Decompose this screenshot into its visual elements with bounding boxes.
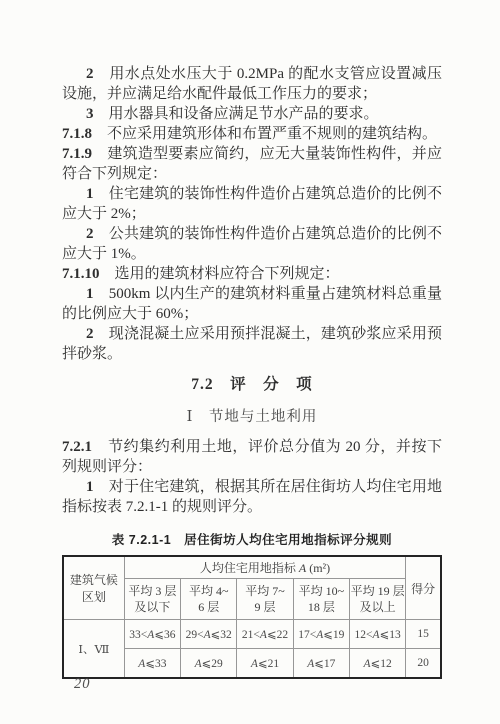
text-run: 用水点处水压大于 0.2MPa 的配水支管应设置减压设施，并应满足给水配件最低工… xyxy=(62,66,442,102)
number-label: 2 xyxy=(86,226,94,242)
number-label: 2 xyxy=(86,326,94,342)
item-paragraph: 1 500km 以内生产的建筑材料重量占建筑材料总重量的比例应大于 60%； xyxy=(62,284,442,324)
number-label: 7.1.9 xyxy=(62,146,92,162)
table-header-floors-4-6: 平均 4~ 6 层 xyxy=(181,579,237,620)
clause-paragraph: 7.1.10 选用的建筑材料应符合下列规定： xyxy=(62,264,442,284)
table-header-climate-zone: 建筑气候 区划 xyxy=(63,556,124,620)
item-paragraph: 1 住宅建筑的装饰性构件造价占建筑总造价的比例不应大于 2%； xyxy=(62,184,442,224)
text-run: 现浇混凝土应采用预拌混凝土，建筑砂浆应采用预拌砂浆。 xyxy=(62,326,442,362)
text-run: 500km 以内生产的建筑材料重量占建筑材料总重量的比例应大于 60%； xyxy=(62,286,442,322)
text-run: Ⅰ 节地与土地利用 xyxy=(187,409,318,425)
table-row: Ⅰ、Ⅶ 33<A⩽36 29<A⩽32 21<A⩽22 17<A⩽19 12<A… xyxy=(63,620,441,649)
clause-paragraph: 7.2.1 节约集约利用土地，评价总分值为 20 分，并按下列规则评分： xyxy=(62,437,442,477)
number-label: 1 xyxy=(86,186,94,202)
clause-paragraph: 7.1.8 不应采用建筑形体和布置严重不规则的建筑结构。 xyxy=(62,124,442,144)
table-header-floors-7-9: 平均 7~ 9 层 xyxy=(237,579,293,620)
text-run: 对于住宅建筑，根据其所在居住街坊人均住宅用地指标按表 7.2.1-1 的规则评分… xyxy=(62,479,442,515)
item-paragraph: 2 公共建筑的装饰性构件造价占建筑总造价的比例不应大于 1%。 xyxy=(62,224,442,264)
text-run: 不应采用建筑形体和布置严重不规则的建筑结构。 xyxy=(92,126,437,142)
item-paragraph: 3 用水器具和设备应满足节水产品的要求。 xyxy=(62,104,442,124)
scoring-table: 建筑气候 区划 人均住宅用地指标 A (m²) 得分 平均 3 层 及以下 平均… xyxy=(62,555,442,679)
table-cell-score: 20 xyxy=(406,649,441,679)
number-label: 1 xyxy=(86,479,94,495)
number-label: 7.1.8 xyxy=(62,126,92,142)
item-paragraph: 1 对于住宅建筑，根据其所在居住街坊人均住宅用地指标按表 7.2.1-1 的规则… xyxy=(62,477,442,517)
subsection-heading: Ⅰ 节地与土地利用 xyxy=(62,407,442,427)
text-run: 节约集约利用土地，评价总分值为 20 分，并按下列规则评分： xyxy=(62,439,442,475)
table-cell-zone: Ⅰ、Ⅶ xyxy=(63,620,124,679)
number-label: 3 xyxy=(86,106,94,122)
number-label: 7.1.10 xyxy=(62,266,100,282)
number-label: 2 xyxy=(86,66,94,82)
table-cell: 33<A⩽36 xyxy=(124,620,180,649)
page: 2 用水点处水压大于 0.2MPa 的配水支管应设置减压设施，并应满足给水配件最… xyxy=(0,0,500,724)
number-label: 7.2 评 分 项 xyxy=(191,376,312,393)
item-paragraph: 2 现浇混凝土应采用预拌混凝土，建筑砂浆应采用预拌砂浆。 xyxy=(62,324,442,364)
document-body: 2 用水点处水压大于 0.2MPa 的配水支管应设置减压设施，并应满足给水配件最… xyxy=(62,64,442,517)
number-label: 7.2.1 xyxy=(62,439,92,455)
table-cell: 29<A⩽32 xyxy=(181,620,237,649)
page-number: 20 xyxy=(74,676,91,693)
clause-paragraph: 7.1.9 建筑造型要素应简约，应无大量装饰性构件，并应符合下列规定： xyxy=(62,144,442,184)
table-header-floors-10-18: 平均 10~ 18 层 xyxy=(293,579,349,620)
table-cell-score: 15 xyxy=(406,620,441,649)
table-cell: 12<A⩽13 xyxy=(349,620,405,649)
table-caption: 表 7.2.1-1 居住街坊人均住宅用地指标评分规则 xyxy=(62,530,442,548)
table-cell: A⩽17 xyxy=(293,649,349,679)
number-label: 1 xyxy=(86,286,94,302)
table-header-per-capita-indicator: 人均住宅用地指标 A (m²) xyxy=(124,556,406,579)
text-run: 公共建筑的装饰性构件造价占建筑总造价的比例不应大于 1%。 xyxy=(62,226,442,262)
text-run: 建筑造型要素应简约，应无大量装饰性构件，并应符合下列规定： xyxy=(62,146,442,182)
table-cell: A⩽21 xyxy=(237,649,293,679)
table-cell: 17<A⩽19 xyxy=(293,620,349,649)
table-cell: A⩽12 xyxy=(349,649,405,679)
table-header-row-1: 建筑气候 区划 人均住宅用地指标 A (m²) 得分 xyxy=(63,556,441,579)
text-run: 选用的建筑材料应符合下列规定： xyxy=(100,266,340,282)
table-cell: A⩽33 xyxy=(124,649,180,679)
section-heading: 7.2 评 分 项 xyxy=(62,375,442,395)
item-paragraph: 2 用水点处水压大于 0.2MPa 的配水支管应设置减压设施，并应满足给水配件最… xyxy=(62,64,442,104)
text-run: 住宅建筑的装饰性构件造价占建筑总造价的比例不应大于 2%； xyxy=(62,186,442,222)
table-cell: 21<A⩽22 xyxy=(237,620,293,649)
table-cell: A⩽29 xyxy=(181,649,237,679)
table-header-floors-3-under: 平均 3 层 及以下 xyxy=(124,579,180,620)
table-header-score: 得分 xyxy=(406,556,441,620)
table-header-floors-19-over: 平均 19 层 及以上 xyxy=(349,579,405,620)
text-run: 用水器具和设备应满足节水产品的要求。 xyxy=(94,106,379,122)
